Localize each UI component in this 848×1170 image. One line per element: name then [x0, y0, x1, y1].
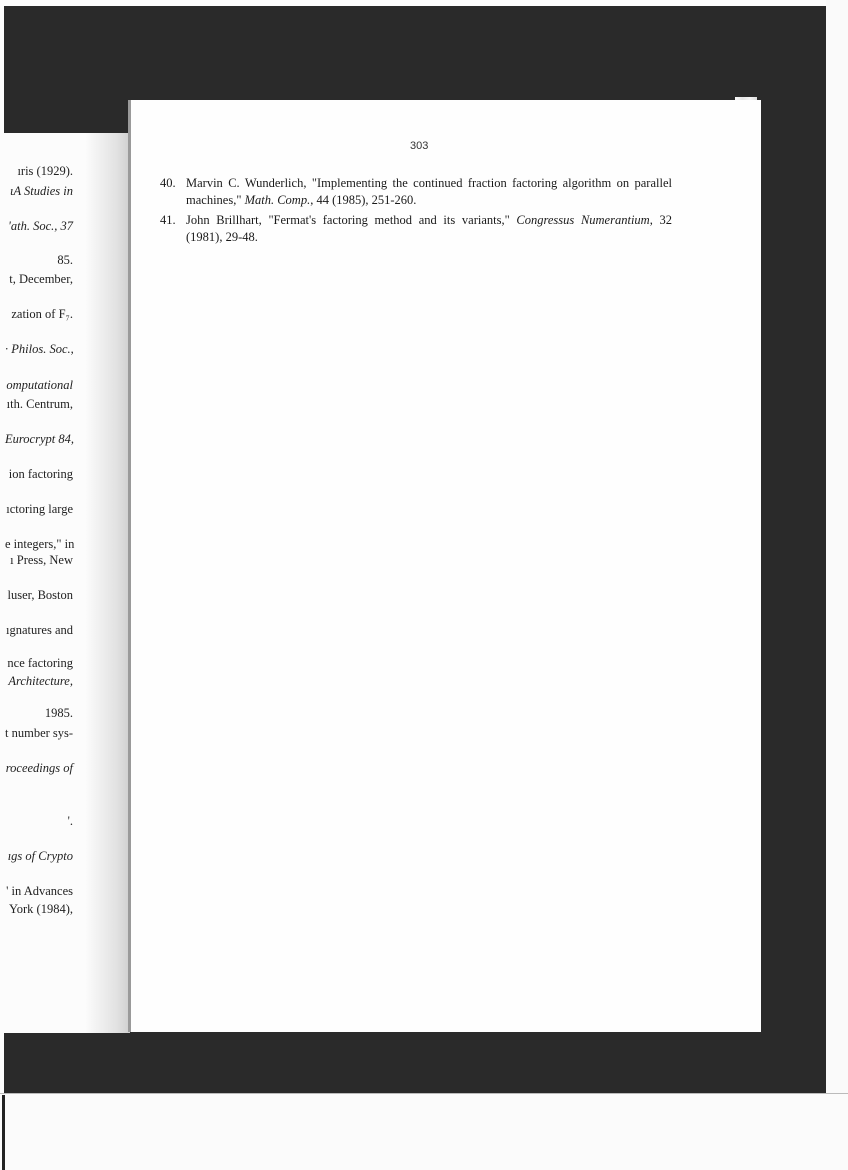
scan-right-margin: [826, 0, 848, 1093]
reference-item: 41. John Brillhart, "Fermat's factoring …: [160, 212, 672, 246]
left-page-line: 1985.: [5, 706, 73, 721]
reference-text: John Brillhart, "Fermat's factoring meth…: [186, 212, 672, 246]
left-page-line: ıris (1929).: [5, 164, 73, 179]
left-page-line: nce factoring: [5, 656, 73, 671]
left-page-line: e integers," in: [5, 537, 73, 552]
left-page-line: omputational: [5, 378, 73, 393]
left-page-line: zation of F₇.: [5, 307, 73, 322]
left-page-line: ıgs of Crypto: [5, 849, 73, 864]
left-page-gutter-shadow: [85, 133, 130, 1033]
left-page-line: ' in Advances: [5, 884, 73, 899]
left-page-line: luser, Boston: [5, 588, 73, 603]
left-page-line: t number sys-: [5, 726, 73, 741]
left-page-line: 'ath. Soc., 37: [5, 219, 73, 234]
scan-bottom-margin: [0, 1093, 848, 1170]
left-page-line: · Philos. Soc.,: [5, 342, 73, 357]
reference-number: 40.: [160, 175, 176, 192]
page-number: 303: [410, 140, 428, 152]
left-page-line: York (1984),: [5, 902, 73, 917]
left-page-line: 85.: [5, 253, 73, 268]
reference-text: Marvin C. Wunderlich, "Implementing the …: [186, 175, 672, 209]
reference-number: 41.: [160, 212, 176, 229]
left-page-line: ı Press, New: [5, 553, 73, 568]
reference-item: 40. Marvin C. Wunderlich, "Implementing …: [160, 175, 672, 209]
left-page-line: Eurocrypt 84,: [5, 432, 73, 447]
left-page-line: ion factoring: [5, 467, 73, 482]
scan-edge-line: [2, 1095, 5, 1170]
left-page-line: ıctoring large: [5, 502, 73, 517]
left-page-line: t, December,: [5, 272, 73, 287]
left-page-line: Architecture,: [5, 674, 73, 689]
left-page-line: roceedings of: [5, 761, 73, 776]
left-page-line: ıgnatures and: [5, 623, 73, 638]
left-page-line: ιA Studies in: [5, 184, 73, 199]
left-page-line: '.: [5, 814, 73, 829]
left-page-line: ıth. Centrum,: [5, 397, 73, 412]
